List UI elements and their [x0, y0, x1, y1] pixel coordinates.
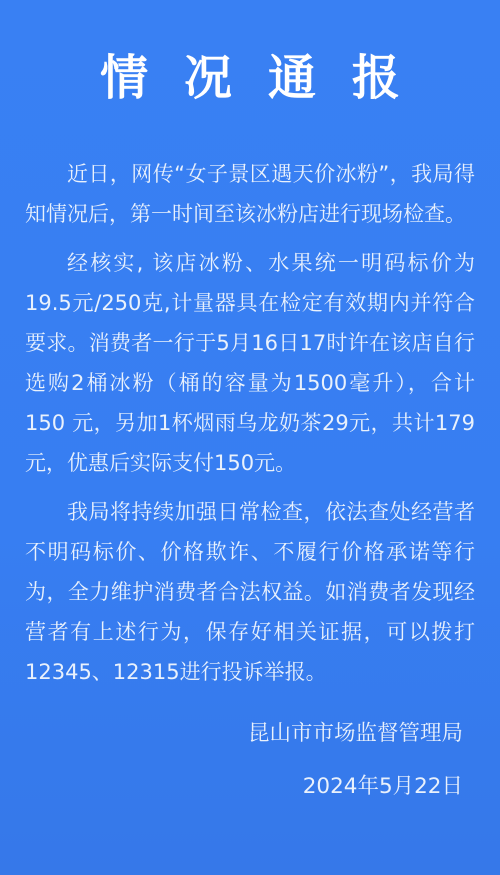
notice-date: 2024年5月22日: [25, 767, 463, 807]
notice-paragraph-findings: 经核实, 该店冰粉、水果统一明码标价为19.5元/250克,计量器具在检定有效期…: [25, 243, 475, 483]
notice-paragraph-intro: 近日，网传“女子景区遇天价冰粉”，我局得知情况后，第一时间至该冰粉店进行现场检查…: [25, 154, 475, 234]
notice-footer: 昆山市市场监督管理局 2024年5月22日: [25, 714, 475, 807]
notice-paragraph-measures: 我局将持续加强日常检查，依法查处经营者不明码标价、价格欺诈、不履行价格承诺等行为…: [25, 492, 475, 692]
agency-signature: 昆山市市场监督管理局: [25, 714, 463, 754]
notice-title: 情 况 通 报: [25, 48, 475, 108]
notice-body: 近日，网传“女子景区遇天价冰粉”，我局得知情况后，第一时间至该冰粉店进行现场检查…: [25, 154, 475, 692]
official-notice: 情 况 通 报 近日，网传“女子景区遇天价冰粉”，我局得知情况后，第一时间至该冰…: [0, 0, 500, 875]
